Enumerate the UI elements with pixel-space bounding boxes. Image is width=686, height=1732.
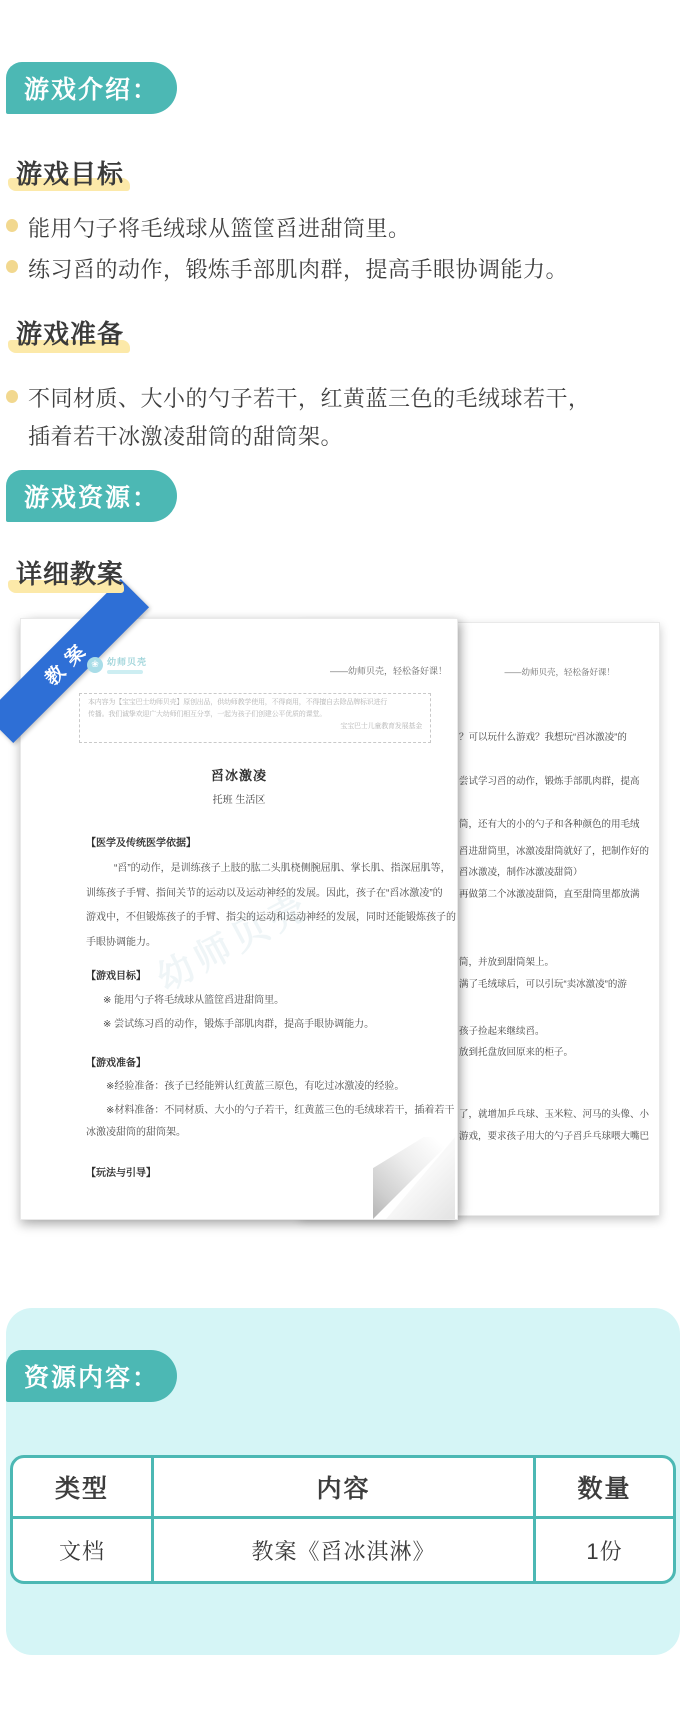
table-header-content: 内容 <box>151 1458 533 1519</box>
prep-bullet-line1: 不同材质、大小的勺子若干，红黄蓝三色的毛绒球若干， <box>28 382 591 413</box>
goal-bullet-2: 练习舀的动作，锻炼手部肌肉群，提高手眼协调能力。 <box>28 253 568 284</box>
section-medical-basis: 【医学及传统医学依据】 <box>86 834 196 849</box>
page2-text-line: 孩子捡起来继续舀。 <box>459 1023 545 1037</box>
notice-line: 传播。我们诚挚欢迎广大幼师们相互分享，一起为孩子们创建公平优质的课堂。 <box>88 709 422 721</box>
bullet-dot <box>6 219 18 232</box>
goal-heading: 游戏目标 <box>16 154 124 191</box>
goal-item: ※ 尝试练习舀的动作，锻炼手部肌肉群，提高手眼协调能力。 <box>103 1015 374 1030</box>
paragraph-line: 训练孩子手臂、指间关节的运动以及运动神经的发展。因此，孩子在“舀冰激凌”的 <box>86 882 431 907</box>
notice-signature: 宝宝巴士儿童教育发展基金 <box>88 721 422 733</box>
lesson-title: 舀冰激凌 <box>21 765 457 784</box>
page2-text-line: 游戏，要求孩子用大的勺子舀乒乓球喂大嘴巴 <box>459 1128 649 1142</box>
section-play-guide: 【玩法与引导】 <box>86 1164 156 1179</box>
page2-text-line: 再做第二个冰激凌甜筒，直至甜筒里都放满 <box>459 886 640 900</box>
resource-table: 类型 内容 数量 文档 教案《舀冰淇淋》 1份 <box>10 1455 676 1584</box>
prep-item: ※经验准备：孩子已经能辨认红黄蓝三原色，有吃过冰激凌的经验。 <box>106 1077 404 1092</box>
medical-basis-paragraph: “舀”的动作，是训练孩子上肢的肱二头肌桡侧腕屈肌、掌长肌、指深屈肌等， 训练孩子… <box>86 857 431 955</box>
table-header-type: 类型 <box>13 1458 151 1519</box>
prep-bullet-line2: 插着若干冰激凌甜筒的甜筒架。 <box>28 420 343 451</box>
table-cell-content: 教案《舀冰淇淋》 <box>151 1519 533 1581</box>
page2-text-line: 满了毛绒球后，可以引玩“卖冰激凌”的游 <box>459 976 627 990</box>
goal-bullet-1: 能用勺子将毛绒球从篮筐舀进甜筒里。 <box>28 212 411 243</box>
detail-page: 游戏介绍： 游戏目标 能用勺子将毛绒球从篮筐舀进甜筒里。 练习舀的动作，锻炼手部… <box>0 0 686 1732</box>
table-header-quantity: 数量 <box>533 1458 673 1519</box>
page2-text-line: 了，就增加乒乓球、玉米粒、河马的头像、小 <box>459 1106 649 1120</box>
lesson-plan-page-1: 教案 ❀ 幼师贝壳 ——幼师贝壳，轻松备好课！ 本内容为【宝宝巴士幼师贝壳】原创… <box>20 618 458 1220</box>
paragraph-line: “舀”的动作，是训练孩子上肢的肱二头肌桡侧腕屈肌、掌长肌、指深屈肌等， <box>86 857 431 882</box>
game-resource-label: 游戏资源： <box>6 470 177 522</box>
goal-item: ※ 能用勺子将毛绒球从篮筐舀进甜筒里。 <box>103 991 284 1006</box>
brand-logo-icon: ❀ <box>87 657 103 673</box>
section-game-goal: 【游戏目标】 <box>86 967 146 982</box>
prep-heading: 游戏准备 <box>16 314 124 351</box>
section-game-prep: 【游戏准备】 <box>86 1054 146 1069</box>
page2-header-slogan: ——幼师贝壳，轻松备好课！ <box>504 666 615 678</box>
paragraph-line: 手眼协调能力。 <box>86 931 431 956</box>
brand-logo-subline <box>107 670 143 674</box>
page2-text-line: 筒，并放到甜筒架上。 <box>459 954 554 968</box>
paragraph-line: 游戏中，不但锻炼孩子的手臂、指尖的运动和运动神经的发展，同时还能锻炼孩子的 <box>86 906 431 931</box>
bullet-dot <box>6 390 18 403</box>
plan-heading: 详细教案 <box>16 554 124 591</box>
prep-item: ※材料准备：不同材质、大小的勺子若干，红黄蓝三色的毛绒球若干，插着若干 <box>106 1101 454 1116</box>
prep-item-continued: 冰激凌甜筒的甜筒架。 <box>86 1123 186 1138</box>
notice-line: 本内容为【宝宝巴士幼师贝壳】原创出品，供幼师教学使用，不得商用，不得擅自去除品牌… <box>88 697 422 709</box>
copyright-notice-box: 本内容为【宝宝巴士幼师贝壳】原创出品，供幼师教学使用，不得商用，不得擅自去除品牌… <box>79 693 431 743</box>
page1-header-slogan: ——幼师贝壳，轻松备好课！ <box>330 664 447 677</box>
page2-text-line: 筒，还有大的小的勺子和各种颜色的用毛绒 <box>459 816 640 830</box>
table-cell-quantity: 1份 <box>533 1519 673 1581</box>
table-cell-type: 文档 <box>13 1519 151 1581</box>
page2-text-line: ？可以玩什么游戏？我想玩“舀冰激凌”的 <box>459 729 627 743</box>
brand-logo: ❀ 幼师贝壳 <box>87 655 147 674</box>
page2-text-line: 舀进甜筒里，冰激凌甜筒就好了，把制作好的 <box>459 843 649 857</box>
page2-text-line: 放到托盘放回原来的柜子。 <box>459 1044 573 1058</box>
page-curl <box>373 1137 455 1219</box>
bullet-dot <box>6 260 18 273</box>
page2-text-line: 尝试学习舀的动作，锻炼手部肌肉群，提高 <box>459 773 640 787</box>
brand-logo-text: 幼师贝壳 <box>107 655 147 668</box>
game-intro-label: 游戏介绍： <box>6 62 177 114</box>
page2-text-line: 舀冰激凌，制作冰激凌甜筒） <box>459 864 583 878</box>
resource-content-label: 资源内容： <box>6 1350 177 1402</box>
lesson-subtitle: 托班 生活区 <box>21 791 457 806</box>
